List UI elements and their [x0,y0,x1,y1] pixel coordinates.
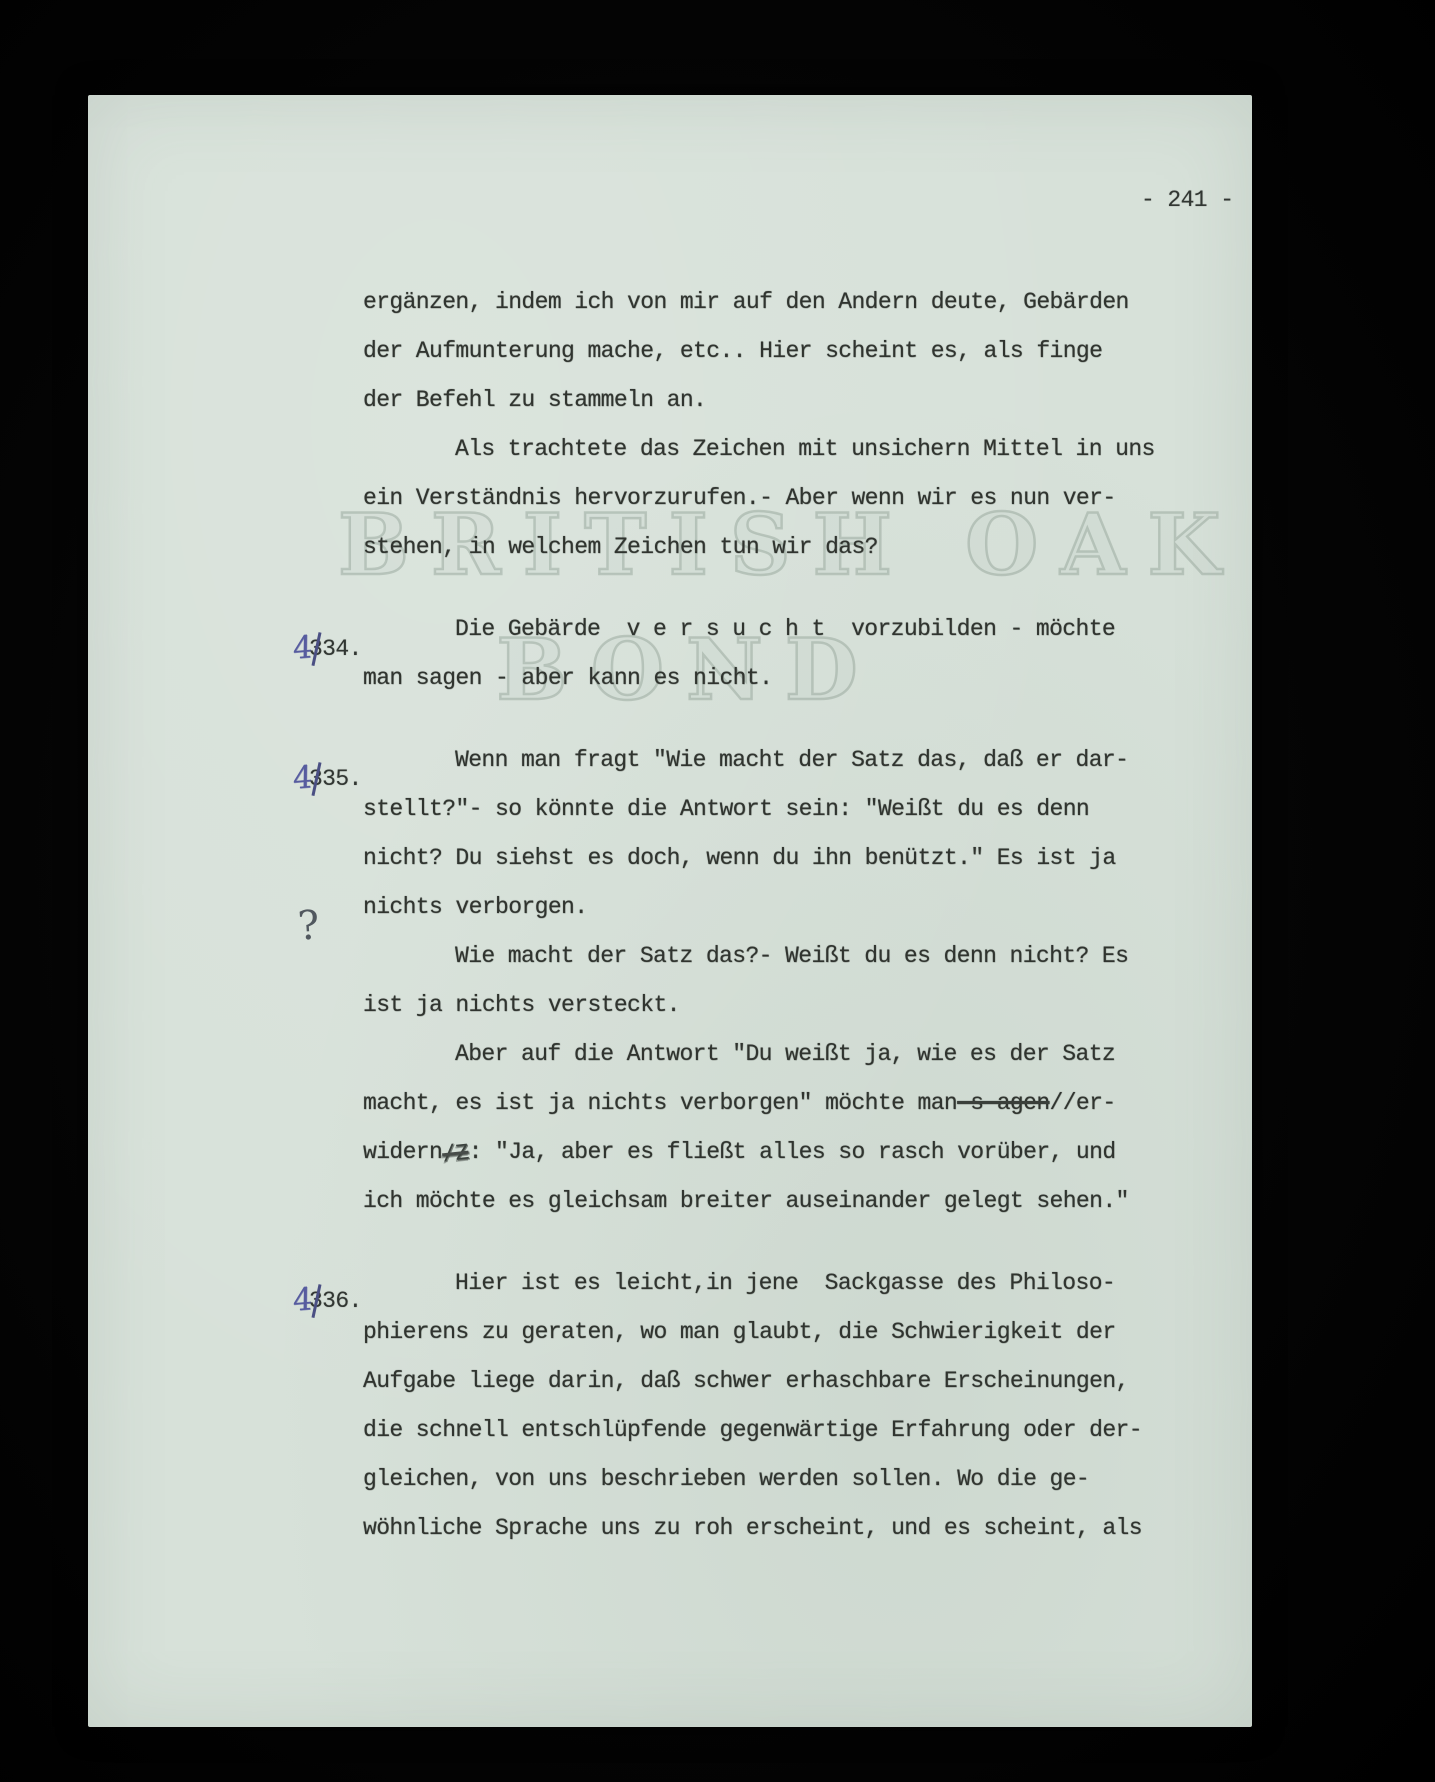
typescript-line: Die Gebärde v e r s u c h t vorzubilden … [363,605,1155,654]
line-text: macht, es ist ja nichts verborgen" möcht… [363,1090,957,1116]
scribbled-out-characters: /Z [440,1129,471,1180]
typescript-line: wöhnliche Sprache uns zu roh erscheint, … [363,1504,1155,1553]
typescript-line: Aber auf die Antwort "Du weißt ja, wie e… [363,1030,1155,1079]
typescript-line-with-deletion: macht, es ist ja nichts verborgen" möcht… [363,1079,1155,1128]
section-number-rest: 34. [322,636,362,662]
typescript-line: nichts verborgen. [363,883,1155,932]
typescript-line: gleichen, von uns beschrieben werden sol… [363,1455,1155,1504]
section-number-434: 4334. [240,601,362,689]
typescript-line: Als trachtete das Zeichen mit unsichern … [363,425,1155,474]
struck-out-word: s agen [957,1090,1049,1116]
typescript-line: stellt?"- so könnte die Antwort sein: "W… [363,785,1155,834]
typescript-line: Wenn man fragt "Wie macht der Satz das, … [363,736,1155,785]
page-number: - 241 - [1141,187,1233,213]
typescript-line: Hier ist es leicht,in jene Sackgasse des… [363,1259,1155,1308]
struck-typed-digit: 3 [309,1288,322,1314]
typescript-line: man sagen - aber kann es nicht. [363,654,1155,703]
struck-typed-digit: 3 [309,636,322,662]
typescript-line: ist ja nichts versteckt. [363,981,1155,1030]
typescript-line-with-deletion: widern/Z: "Ja, aber es fließt alles so r… [363,1128,1155,1177]
line-text: widern [363,1139,442,1165]
typescript-line: Wie macht der Satz das?- Weißt du es den… [363,932,1155,981]
typescript-line: ich möchte es gleichsam breiter auseinan… [363,1177,1155,1226]
section-number-rest: 35. [322,766,362,792]
typescript-line: phierens zu geraten, wo man glaubt, die … [363,1308,1155,1357]
typescript-line: stehen, in welchem Zeichen tun wir das? [363,523,1155,572]
typescript-line: ergänzen, indem ich von mir auf den Ande… [363,278,1155,327]
typescript-body: ergänzen, indem ich von mir auf den Ande… [363,278,1155,1553]
struck-typed-digit: 3 [309,766,322,792]
typescript-line: nicht? Du siehst es doch, wenn du ihn be… [363,834,1155,883]
typescript-line: der Befehl zu stammeln an. [363,376,1155,425]
line-text: //er- [1050,1090,1116,1116]
typescript-line: ein Verständnis hervorzurufen.- Aber wen… [363,474,1155,523]
typescript-line: Aufgabe liege darin, daß schwer erhaschb… [363,1357,1155,1406]
line-text: : "Ja, aber es fließt alles so rasch vor… [469,1139,1116,1165]
typescript-line: die schnell entschlüpfende gegenwärtige … [363,1406,1155,1455]
typescript-line: der Aufmunterung mache, etc.. Hier schei… [363,327,1155,376]
section-number-435: 4335. [240,731,362,819]
document-page: BRITISH OAK BOND - 241 - 4334. 4335. 433… [88,95,1252,1727]
section-number-rest: 36. [322,1288,362,1314]
section-number-436: 4336. [240,1253,362,1341]
handwritten-question-mark: ? [296,902,321,949]
